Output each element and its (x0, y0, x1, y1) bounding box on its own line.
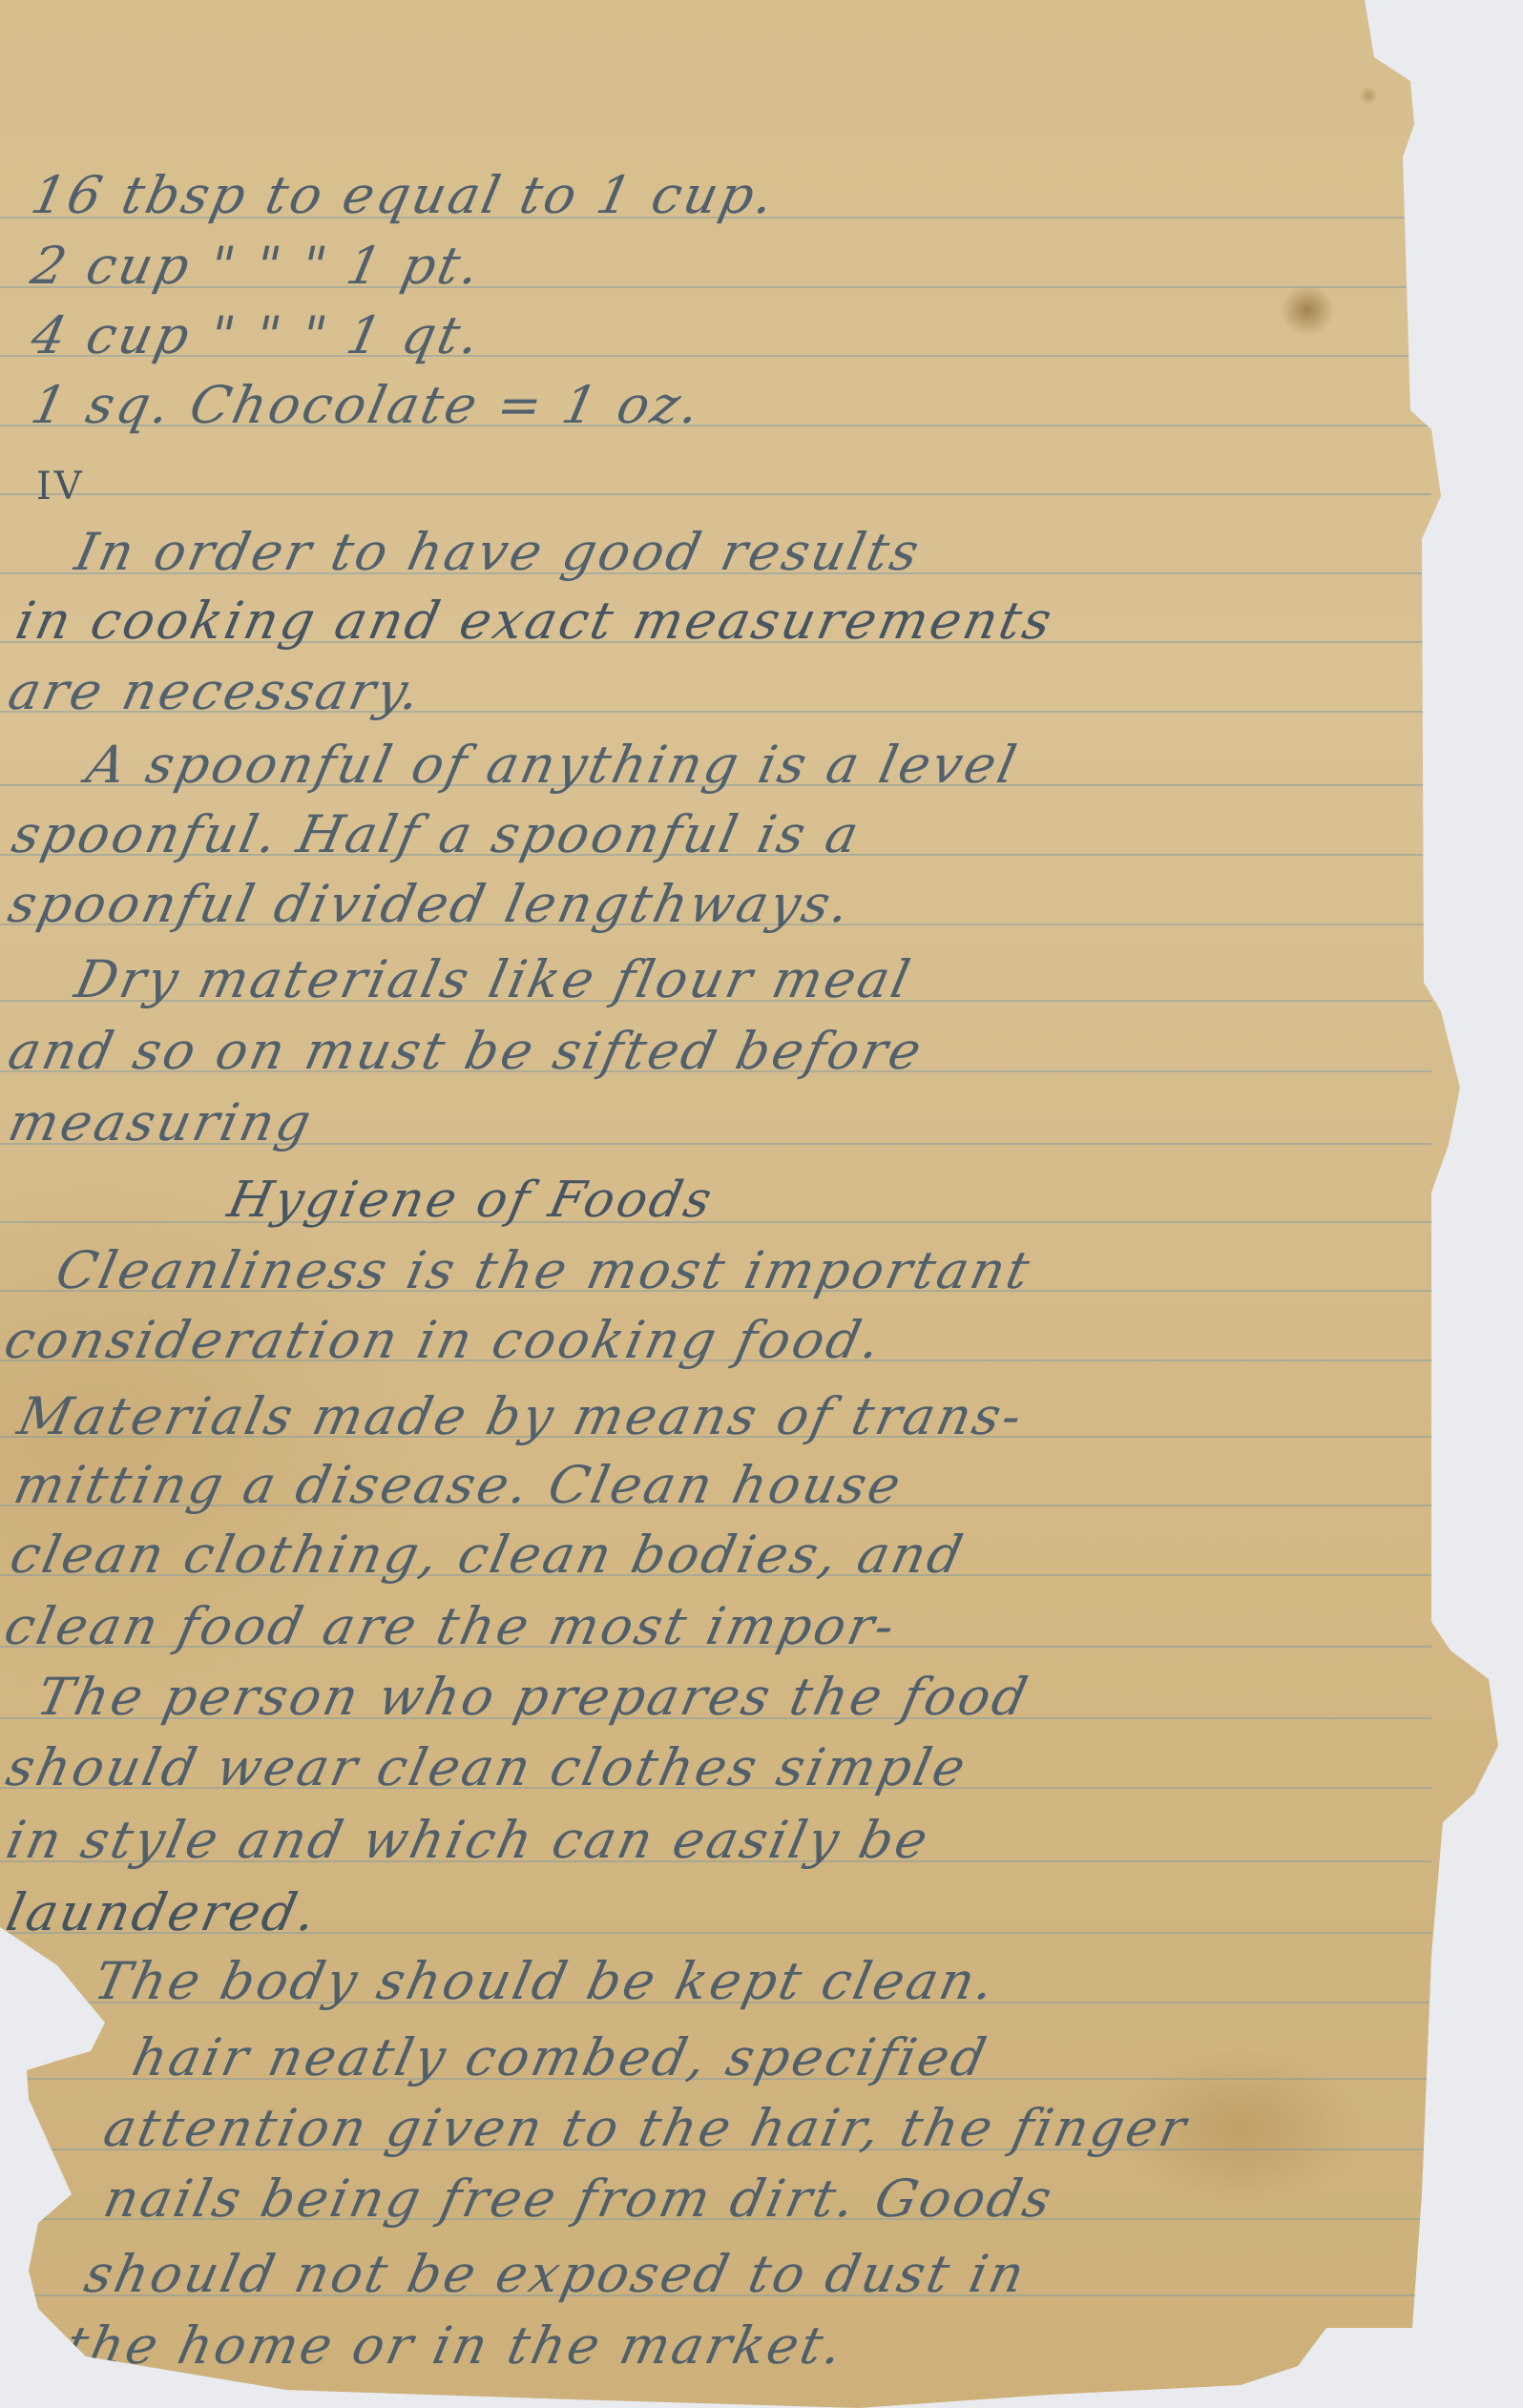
paragraph-line: spoonful. Half a spoonful is a (8, 809, 866, 861)
paragraph-line: Dry materials like flour meal (71, 954, 916, 1006)
ruled-line (0, 493, 1431, 495)
paragraph-line: and so on must be sifted before (4, 1026, 928, 1077)
paragraph-line: attention given to the hair, the finger (99, 2103, 1193, 2154)
paragraph-line: A spoonful of anything is a level (82, 739, 1023, 791)
measurement-line: 1 sq. Chocolate = 1 oz. (27, 380, 706, 431)
paragraph-line: measuring (4, 1097, 318, 1149)
paragraph-line: The body should be kept clean. (90, 1956, 1001, 2007)
paragraph-line: should not be exposed to dust in (80, 2249, 1031, 2300)
paragraph-line: nails being free from dirt. Goods (99, 2173, 1058, 2225)
notebook-page: 16 tbsp to equal to 1 cup. 2 cup " " " 1… (0, 0, 1523, 2408)
measurement-line: 2 cup " " " 1 pt. (27, 240, 487, 292)
ruled-line (0, 1221, 1431, 1223)
paragraph-line: spoonful divided lengthways. (4, 879, 856, 930)
paragraph-line: In order to have good results (71, 527, 926, 578)
paragraph-line: in style and which can easily be (2, 1815, 934, 1866)
paragraph-line: clean clothing, clean bodies, and (6, 1529, 970, 1581)
paragraph-line: The person who prepares the food (32, 1671, 1034, 1723)
paragraph-line: hair neatly combed, specified (128, 2032, 992, 2084)
paragraph-line: are necessary. (4, 666, 427, 717)
paragraph-line: Cleanliness is the most important (52, 1245, 1036, 1297)
paragraph-line: Materials made by means of trans- (13, 1391, 1028, 1443)
paragraph-line: mitting a disease. Clean house (10, 1460, 908, 1511)
paragraph-line: in cooking and exact measurements (11, 595, 1058, 647)
paragraph-line: consideration in cooking food. (0, 1315, 887, 1366)
measurement-line: 16 tbsp to equal to 1 cup. (27, 170, 781, 221)
paragraph-line: laundered. (2, 1887, 323, 1939)
measurement-line: 4 cup " " " 1 qt. (27, 310, 487, 362)
paragraph-line: should wear clean clothes simple (2, 1742, 972, 1794)
paragraph-line: clean food are the most impor- (0, 1601, 901, 1652)
section-marker: IV (36, 467, 85, 506)
paragraph-line: the home or in the market. (61, 2320, 849, 2372)
section-heading: Hygiene of Foods (223, 1175, 718, 1225)
